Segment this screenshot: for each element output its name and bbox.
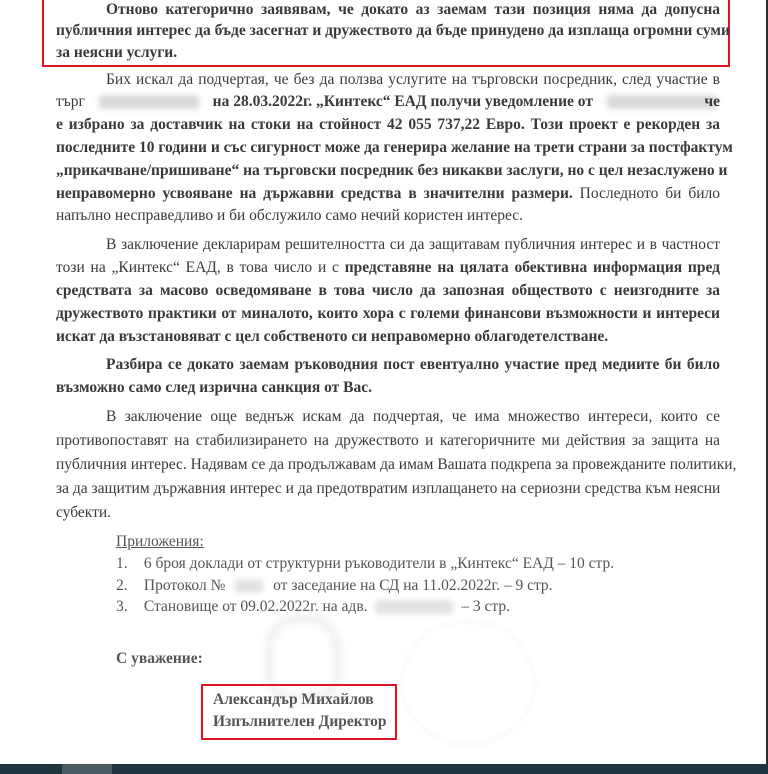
paragraph-2-line-5: „прикачване/пришиване“ на търговски поср… — [56, 161, 720, 181]
item-number: 3. — [116, 598, 140, 616]
attachment-item-2: 2. Протокол № от заседание на СД на 11.0… — [116, 577, 553, 595]
paragraph-2-line-7: напълно несправедливо и би обслужило сам… — [56, 206, 720, 226]
redacted-lawyer-name — [375, 600, 453, 614]
paragraph-3-line-2: този на „Кинтекс“ ЕАД, в това число и с … — [56, 258, 720, 278]
redacted-sender — [607, 95, 717, 109]
paragraph-4-line-2: възможно само след изрична санкция от Ва… — [56, 378, 720, 398]
text: че — [704, 92, 720, 112]
item-text: от заседание на СД на 11.02.2022г. – 9 с… — [273, 577, 552, 594]
signatory-title: Изпълнителен Директор — [213, 713, 387, 731]
closing-regards: С уважение: — [116, 650, 203, 668]
paragraph-5-line-3: публичния интерес. Надявам се да продълж… — [56, 455, 720, 475]
attachments-title: Приложения: — [116, 533, 204, 551]
paragraph-5-line-4: за да защитим държавния интерес и да пре… — [56, 479, 720, 499]
taskbar — [0, 764, 768, 774]
paragraph-4-line-1: Разбира се докато заемам ръководния пост… — [56, 355, 720, 375]
paragraph-5-line-5: субекти. — [56, 503, 720, 523]
paragraph-2-line-3: е избрано за доставчик на стоки на стойн… — [56, 115, 720, 135]
paragraph-1-line-1: Отново категорично заявявам, че докато а… — [56, 0, 720, 20]
paragraph-3-line-4: дружеството практики от миналото, които … — [56, 304, 720, 324]
item-number: 2. — [116, 577, 140, 595]
paragraph-5-line-1: В заключение още веднъж искам да подчерт… — [56, 407, 720, 427]
text: търг — [56, 93, 85, 110]
signatory-name: Александър Михайлов — [213, 691, 374, 709]
redacted-protocol-number — [235, 579, 263, 593]
paragraph-5-line-2: противопоставят на стабилизирането на др… — [56, 431, 720, 451]
taskbar-active-item[interactable] — [62, 764, 112, 774]
paragraph-3-line-3: средствата за масово осведомяване в това… — [56, 281, 720, 301]
item-text: Протокол № — [144, 577, 226, 594]
document-page: Отново категорично заявявам, че докато а… — [0, 0, 768, 764]
paragraph-1-line-3: за неясни услуги. — [56, 43, 720, 63]
paragraph-2-line-4: последните 10 години и със сигурност мож… — [56, 138, 720, 158]
text: на 28.03.2022г. „Кинтекс“ ЕАД получи уве… — [213, 93, 593, 110]
attachment-item-3: 3. Становище от 09.02.2022г. на адв. – 3… — [116, 598, 510, 616]
text: този на „Кинтекс“ ЕАД, в това число и с — [56, 259, 339, 276]
redacted-tender-id — [99, 95, 199, 109]
paragraph-3-line-5: искат да възстановяват с цел собственото… — [56, 327, 720, 347]
stamp-mark — [400, 620, 536, 746]
paragraph-3-line-1: В заключение декларирам решителността си… — [56, 235, 720, 255]
paragraph-2-line-1: Бих искал да подчертая, че без да ползва… — [56, 70, 720, 90]
item-text: 6 броя доклади от структурни ръководител… — [144, 555, 614, 572]
attachment-item-1: 1. 6 броя доклади от структурни ръководи… — [116, 555, 614, 573]
paragraph-2-line-2: търг на 28.03.2022г. „Кинтекс“ ЕАД получ… — [56, 92, 720, 112]
item-text: Становище от 09.02.2022г. на адв. — [144, 598, 368, 615]
item-number: 1. — [116, 555, 140, 573]
text: неправомерно усвояване на държавни средс… — [56, 185, 573, 202]
paragraph-2-line-6: неправомерно усвояване на държавни средс… — [56, 184, 720, 204]
item-text: – 3 стр. — [461, 598, 510, 615]
paragraph-1-line-2: публичния интерес да бъде засегнат и дру… — [56, 21, 720, 41]
text: Последното би било — [580, 185, 720, 202]
text: представяне на цялата обективна информац… — [345, 259, 720, 276]
